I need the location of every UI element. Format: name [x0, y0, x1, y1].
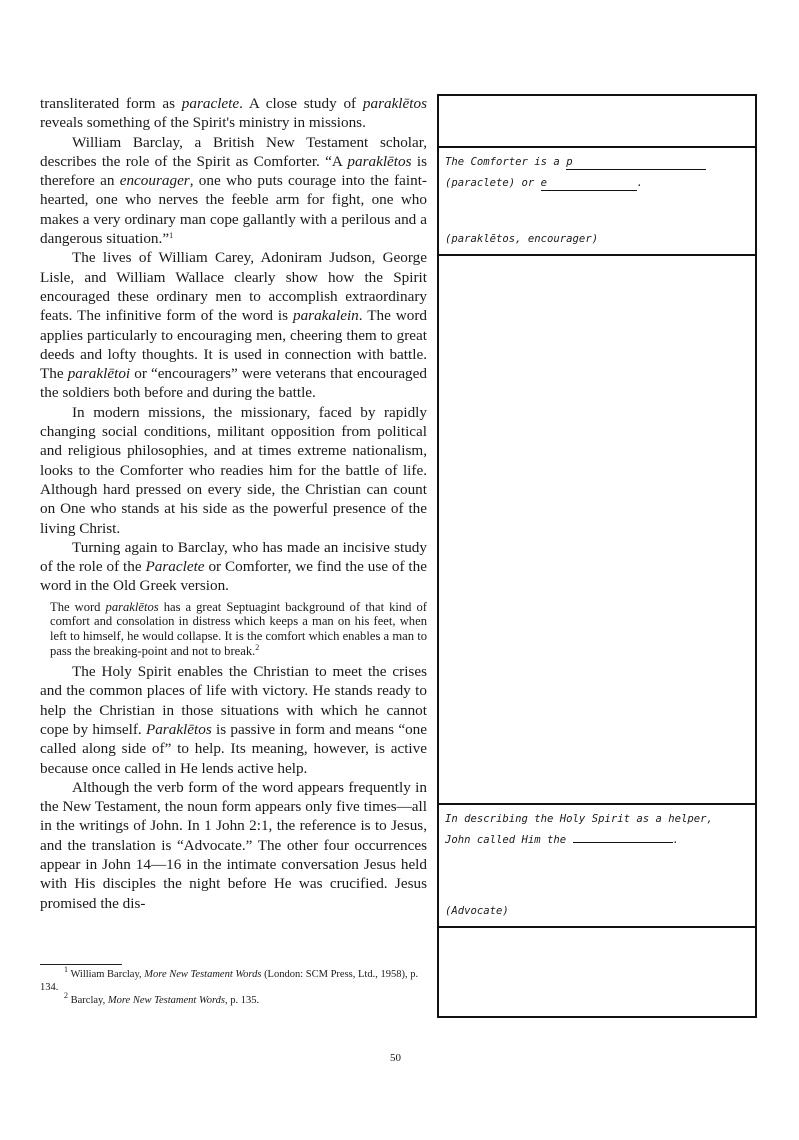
footnote-1: 1 William Barclay, More New Testament Wo…	[40, 968, 430, 994]
paragraph-3: The lives of William Carey, Adoniram Jud…	[40, 248, 427, 402]
frame-empty-3	[439, 928, 755, 1016]
programmed-frames-box: The Comforter is a p (paraclete) or e. (…	[437, 94, 757, 1018]
answer-blank-2[interactable]: e	[541, 176, 637, 191]
block-quote: The word paraklētos has a great Septuagi…	[50, 600, 427, 658]
footnotes: 1 William Barclay, More New Testament Wo…	[40, 964, 430, 1007]
footnote-rule	[40, 964, 122, 965]
paragraph-7: Although the verb form of the word appea…	[40, 778, 427, 913]
main-text-column: transliterated form as paraclete. A clos…	[40, 94, 427, 913]
answer-blank-3[interactable]	[573, 842, 673, 843]
frame-advocate: In describing the Holy Spirit as a helpe…	[439, 805, 755, 928]
paragraph-2: William Barclay, a British New Testament…	[40, 133, 427, 249]
frame-prompt-line-1: The Comforter is a p	[445, 152, 749, 173]
frame-answer: (Advocate)	[445, 901, 509, 922]
frame-empty-2	[439, 256, 755, 805]
footnote-2: 2 Barclay, More New Testament Words, p. …	[40, 994, 430, 1007]
footnote-ref-2: 2	[255, 643, 259, 652]
frame-prompt-line-2: (paraclete) or e.	[445, 173, 749, 194]
frame-prompt-line-2: John called Him the .	[445, 830, 749, 851]
frame-empty-1	[439, 96, 755, 148]
frame-answer: (paraklētos, encourager)	[445, 229, 598, 250]
footnote-ref-1: 1	[169, 231, 173, 240]
frame-comforter: The Comforter is a p (paraclete) or e. (…	[439, 148, 755, 256]
paragraph-6: The Holy Spirit enables the Christian to…	[40, 662, 427, 778]
paragraph-5: Turning again to Barclay, who has made a…	[40, 538, 427, 596]
paragraph-1: transliterated form as paraclete. A clos…	[40, 94, 427, 133]
frame-prompt-line-1: In describing the Holy Spirit as a helpe…	[445, 809, 749, 830]
paragraph-4: In modern missions, the missionary, face…	[40, 403, 427, 538]
page-number: 50	[390, 1052, 401, 1064]
answer-blank-1[interactable]: p	[566, 155, 706, 170]
